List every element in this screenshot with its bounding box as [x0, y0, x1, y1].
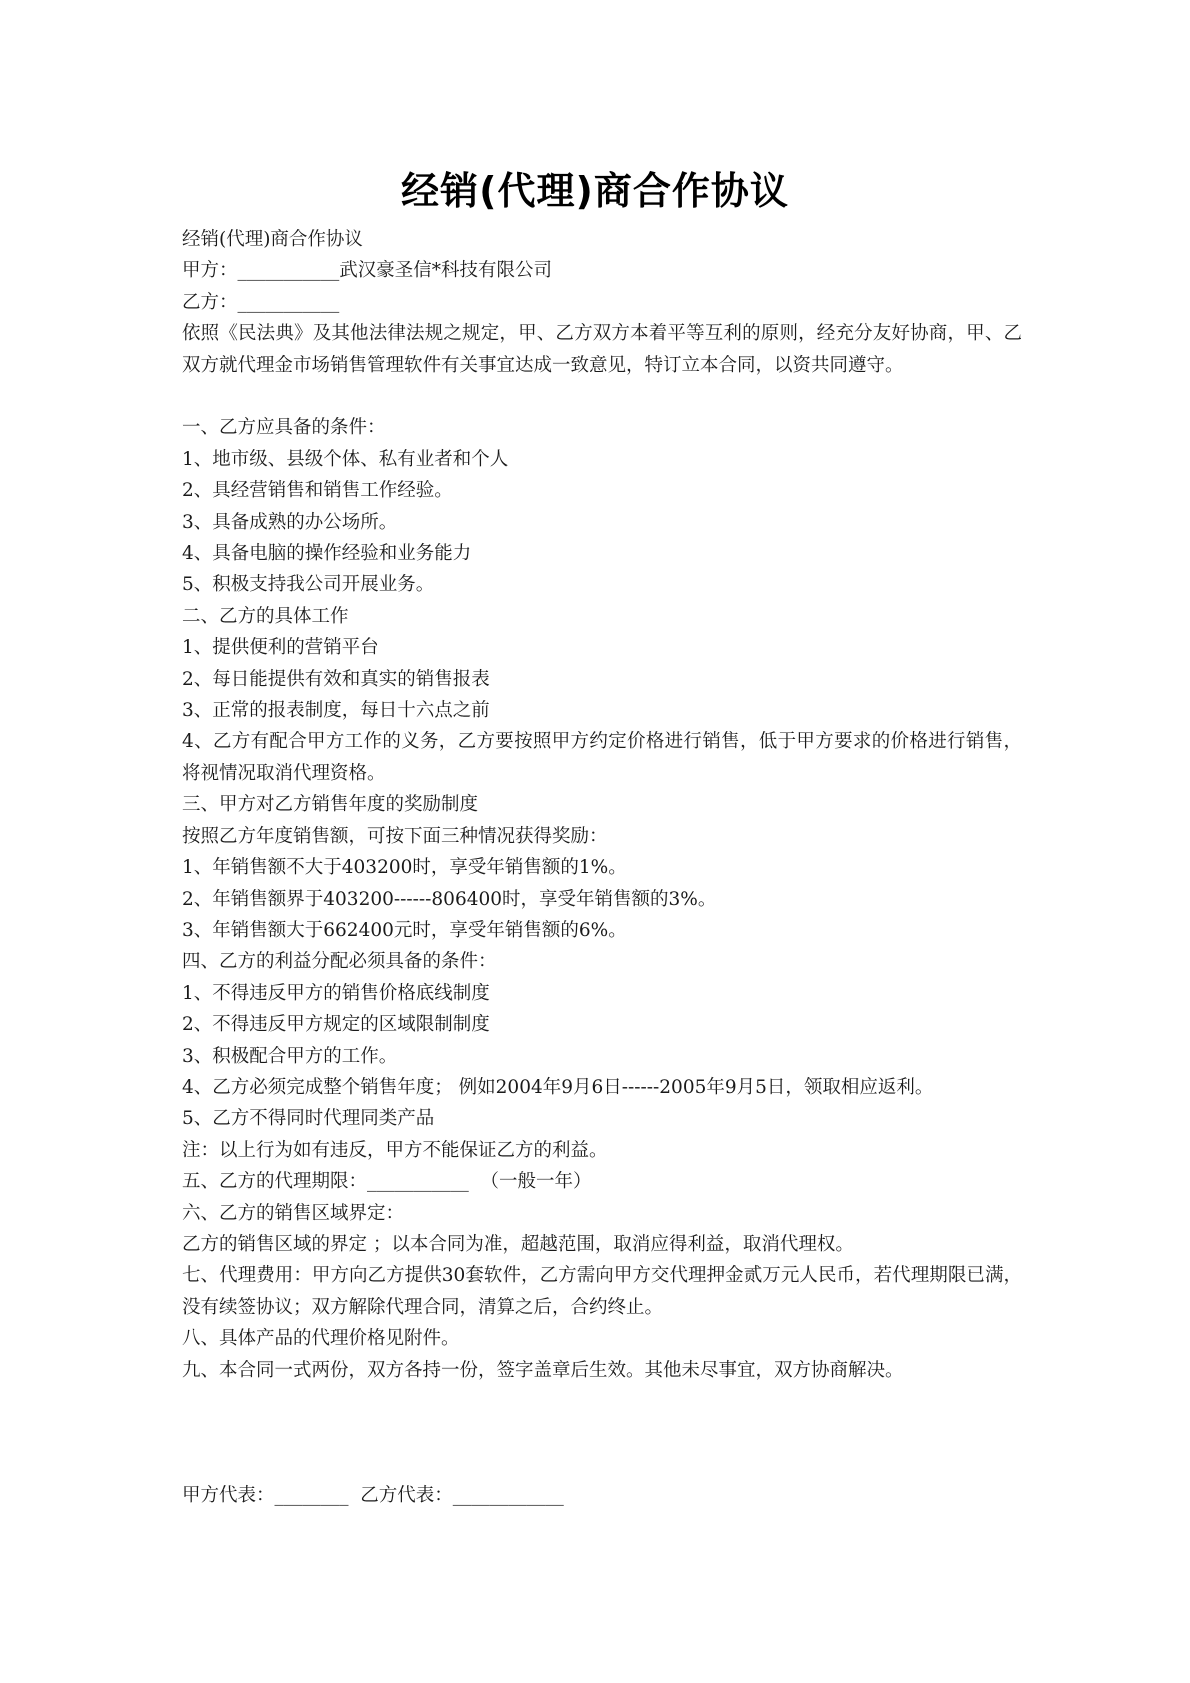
party-b-rep-label: 乙方代表：	[360, 1485, 453, 1506]
spacer	[182, 381, 1022, 412]
party-b-line: 乙方：___________	[182, 287, 1022, 318]
party-a-blank: ___________	[238, 260, 340, 281]
party-a-name: 武汉豪圣信*科技有限公司	[339, 260, 552, 281]
section-2-item: 4、乙方有配合甲方工作的义务，乙方要按照甲方约定价格进行销售，低于甲方要求的价格…	[182, 726, 1022, 789]
agency-term-blank: ___________	[367, 1171, 469, 1192]
section-4-item: 1、不得违反甲方的销售价格底线制度	[182, 978, 1022, 1009]
section-2-item: 1、提供便利的营销平台	[182, 632, 1022, 663]
section-7-paragraph: 七、代理费用：甲方向乙方提供30套软件，乙方需向甲方交代理押金贰万元人民币，若代…	[182, 1260, 1022, 1323]
section-1-heading: 一、乙方应具备的条件：	[182, 412, 1022, 443]
section-1-item: 4、具备电脑的操作经验和业务能力	[182, 538, 1022, 569]
section-5-heading: 五、乙方的代理期限：	[182, 1171, 367, 1192]
party-a-rep-label: 甲方代表：	[182, 1485, 275, 1506]
section-2-heading: 二、乙方的具体工作	[182, 601, 1022, 632]
section-4-heading: 四、乙方的利益分配必须具备的条件：	[182, 946, 1022, 977]
agency-term-note: （一般一年）	[481, 1171, 592, 1192]
section-4-item: 5、乙方不得同时代理同类产品	[182, 1103, 1022, 1134]
party-a-line: 甲方：___________武汉豪圣信*科技有限公司	[182, 255, 1022, 286]
section-2-item: 3、正常的报表制度，每日十六点之前	[182, 695, 1022, 726]
document-page: 经销(代理)商合作协议 经销(代理)商合作协议 甲方：___________武汉…	[0, 0, 1190, 1683]
section-1-item: 3、具备成熟的办公场所。	[182, 507, 1022, 538]
party-a-label: 甲方：	[182, 260, 238, 281]
section-3-heading: 三、甲方对乙方销售年度的奖励制度	[182, 789, 1022, 820]
section-3-item: 按照乙方年度销售额，可按下面三种情况获得奖励：	[182, 821, 1022, 852]
party-b-label: 乙方：	[182, 292, 238, 313]
section-3-item: 2、年销售额界于403200------806400时，享受年销售额的3%。	[182, 884, 1022, 915]
party-b-rep-blank: ____________	[453, 1485, 564, 1506]
section-5-line: 五、乙方的代理期限：___________ （一般一年）	[182, 1166, 1022, 1197]
section-1-item: 1、地市级、县级个体、私有业者和个人	[182, 444, 1022, 475]
intro-paragraph: 依照《民法典》及其他法律法规之规定，甲、乙方双方本着平等互利的原则，经充分友好协…	[182, 318, 1022, 381]
section-4-item: 2、不得违反甲方规定的区域限制制度	[182, 1009, 1022, 1040]
section-1-item: 2、具经营销售和销售工作经验。	[182, 475, 1022, 506]
section-3-item: 3、年销售额大于662400元时，享受年销售额的6%。	[182, 915, 1022, 946]
section-8-line: 八、具体产品的代理价格见附件。	[182, 1323, 1022, 1354]
party-a-rep-blank: ________	[275, 1485, 349, 1506]
party-b-blank: ___________	[238, 292, 340, 313]
section-4-item: 4、乙方必须完成整个销售年度； 例如2004年9月6日------2005年9月…	[182, 1072, 1022, 1103]
document-body: 经销(代理)商合作协议 甲方：___________武汉豪圣信*科技有限公司 乙…	[182, 224, 1022, 1511]
document-title: 经销(代理)商合作协议	[0, 160, 1190, 215]
spacer	[182, 1386, 1022, 1480]
section-4-item: 3、积极配合甲方的工作。	[182, 1041, 1022, 1072]
section-4-note: 注：以上行为如有违反，甲方不能保证乙方的利益。	[182, 1135, 1022, 1166]
section-6-heading: 六、乙方的销售区域界定：	[182, 1198, 1022, 1229]
subtitle: 经销(代理)商合作协议	[182, 224, 1022, 255]
section-9-line: 九、本合同一式两份，双方各持一份，签字盖章后生效。其他未尽事宜，双方协商解决。	[182, 1355, 1022, 1386]
section-1-item: 5、积极支持我公司开展业务。	[182, 569, 1022, 600]
section-2-item: 2、每日能提供有效和真实的销售报表	[182, 664, 1022, 695]
signature-line: 甲方代表：________ 乙方代表：____________	[182, 1480, 1022, 1511]
section-6-item: 乙方的销售区域的界定 ；以本合同为准，超越范围，取消应得利益，取消代理权。	[182, 1229, 1022, 1260]
section-3-item: 1、年销售额不大于403200时，享受年销售额的1%。	[182, 852, 1022, 883]
